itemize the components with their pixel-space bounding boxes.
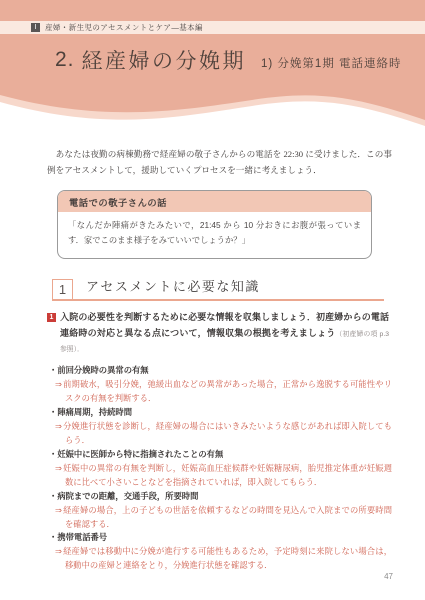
knowledge-item-label: ・妊娠中に医師から特に指摘されたことの有無 (49, 448, 392, 462)
task-instruction: 1入院の必要性を判断するために必要な情報を収集しましょう．初産婦からの電話連絡時… (47, 310, 389, 356)
knowledge-item-detail: ⇒前期破水，吸引分娩，弛緩出血などの異常があった場合，正常から逸脱する可能性やリ… (49, 378, 392, 406)
book-page: Ⅰ 産婦・新生児のアセスメントとケア―基本編 2. 経産婦の分娩期 1) 分娩第… (0, 0, 425, 600)
knowledge-item: ・陣痛周期，持続時間 ⇒分娩進行状態を診断し，経産婦の場合にはいきみたいような感… (49, 406, 392, 448)
arrow-icon: ⇒ (55, 546, 62, 556)
arrow-icon: ⇒ (55, 505, 62, 515)
chapter-title: 経産婦の分娩期 (82, 45, 247, 75)
phone-box-title: 電話での敬子さんの話 (58, 191, 371, 212)
phone-box-quote: 「なんだか陣痛がきたみたいで，21:45 から 10 分おきにお腹が張っています… (58, 212, 371, 259)
top-color-band (0, 0, 425, 21)
part-label: 産婦・新生児のアセスメントとケア―基本編 (45, 22, 203, 33)
page-number: 47 (384, 572, 393, 581)
chapter-subtitle: 1) 分娩第1期 電話連絡時 (261, 49, 402, 71)
task-number-badge: 1 (47, 313, 56, 322)
knowledge-item: ・携帯電話番号 ⇒経産婦では移動中に分娩が進行する可能性もあるため，予定時刻に来… (49, 531, 392, 573)
knowledge-item-label: ・陣痛周期，持続時間 (49, 406, 392, 420)
intro-paragraph: あなたは夜勤の病棟勤務で経産婦の敬子さんからの電話を 22:30 に受けました．… (47, 146, 392, 179)
section-number-badge: 1 (52, 279, 73, 299)
section-header: 1 アセスメントに必要な知識 (52, 276, 384, 301)
chapter-number: 2. (55, 48, 75, 72)
knowledge-item-detail: ⇒妊娠中の異常の有無を判断し，妊娠高血圧症候群や妊娠糖尿病，胎児推定体重が妊娠週… (49, 462, 392, 490)
wave-decoration (0, 86, 425, 130)
knowledge-item-label: ・病院までの距離，交通手段，所要時間 (49, 490, 392, 504)
arrow-icon: ⇒ (55, 379, 62, 389)
part-number-icon: Ⅰ (31, 23, 40, 32)
knowledge-item-label: ・携帯電話番号 (49, 531, 392, 545)
section-title: アセスメントに必要な知識 (86, 276, 260, 299)
knowledge-list: ・前回分娩時の異常の有無 ⇒前期破水，吸引分娩，弛緩出血などの異常があった場合，… (49, 364, 392, 573)
arrow-icon: ⇒ (55, 463, 62, 473)
chapter-title-block: 2. 経産婦の分娩期 1) 分娩第1期 電話連絡時 (0, 34, 425, 86)
knowledge-item: ・妊娠中に医師から特に指摘されたことの有無 ⇒妊娠中の異常の有無を判断し，妊娠高… (49, 448, 392, 490)
phone-story-box: 電話での敬子さんの話 「なんだか陣痛がきたみたいで，21:45 から 10 分お… (57, 190, 372, 260)
knowledge-item-detail: ⇒経産婦では移動中に分娩が進行する可能性もあるため，予定時刻に来院しない場合は，… (49, 545, 392, 573)
knowledge-item-label: ・前回分娩時の異常の有無 (49, 364, 392, 378)
part-header: Ⅰ 産婦・新生児のアセスメントとケア―基本編 (0, 21, 425, 34)
knowledge-item-detail: ⇒分娩進行状態を診断し，経産婦の場合にはいきみたいような感じがあれば即入院しても… (49, 420, 392, 448)
knowledge-item: ・病院までの距離，交通手段，所要時間 ⇒経産婦の場合，上の子どもの世話を依頼する… (49, 490, 392, 532)
knowledge-item-detail: ⇒経産婦の場合，上の子どもの世話を依頼するなどの時間を見込んで入院までの所要時間… (49, 504, 392, 532)
arrow-icon: ⇒ (55, 421, 62, 431)
knowledge-item: ・前回分娩時の異常の有無 ⇒前期破水，吸引分娩，弛緩出血などの異常があった場合，… (49, 364, 392, 406)
